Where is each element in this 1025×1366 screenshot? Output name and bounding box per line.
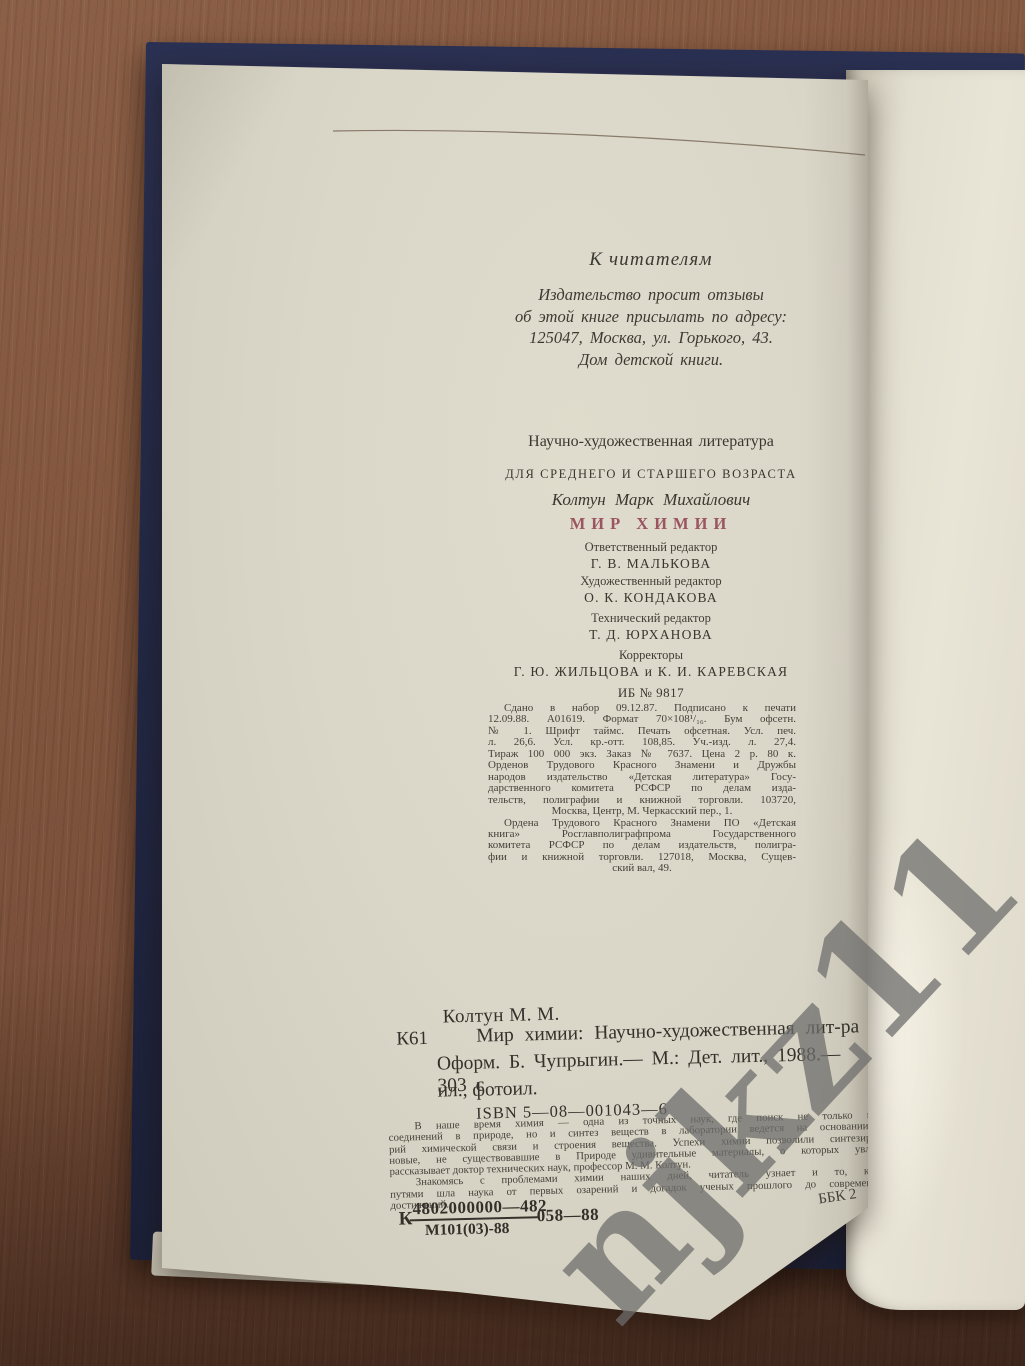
catalog-card-line: ил., фотоил. — [437, 1078, 537, 1102]
catalog-card-index: К61 — [396, 1028, 428, 1051]
catalog-formula-denominator: М101(03)-88 — [425, 1220, 510, 1240]
facing-page — [846, 70, 1025, 1310]
